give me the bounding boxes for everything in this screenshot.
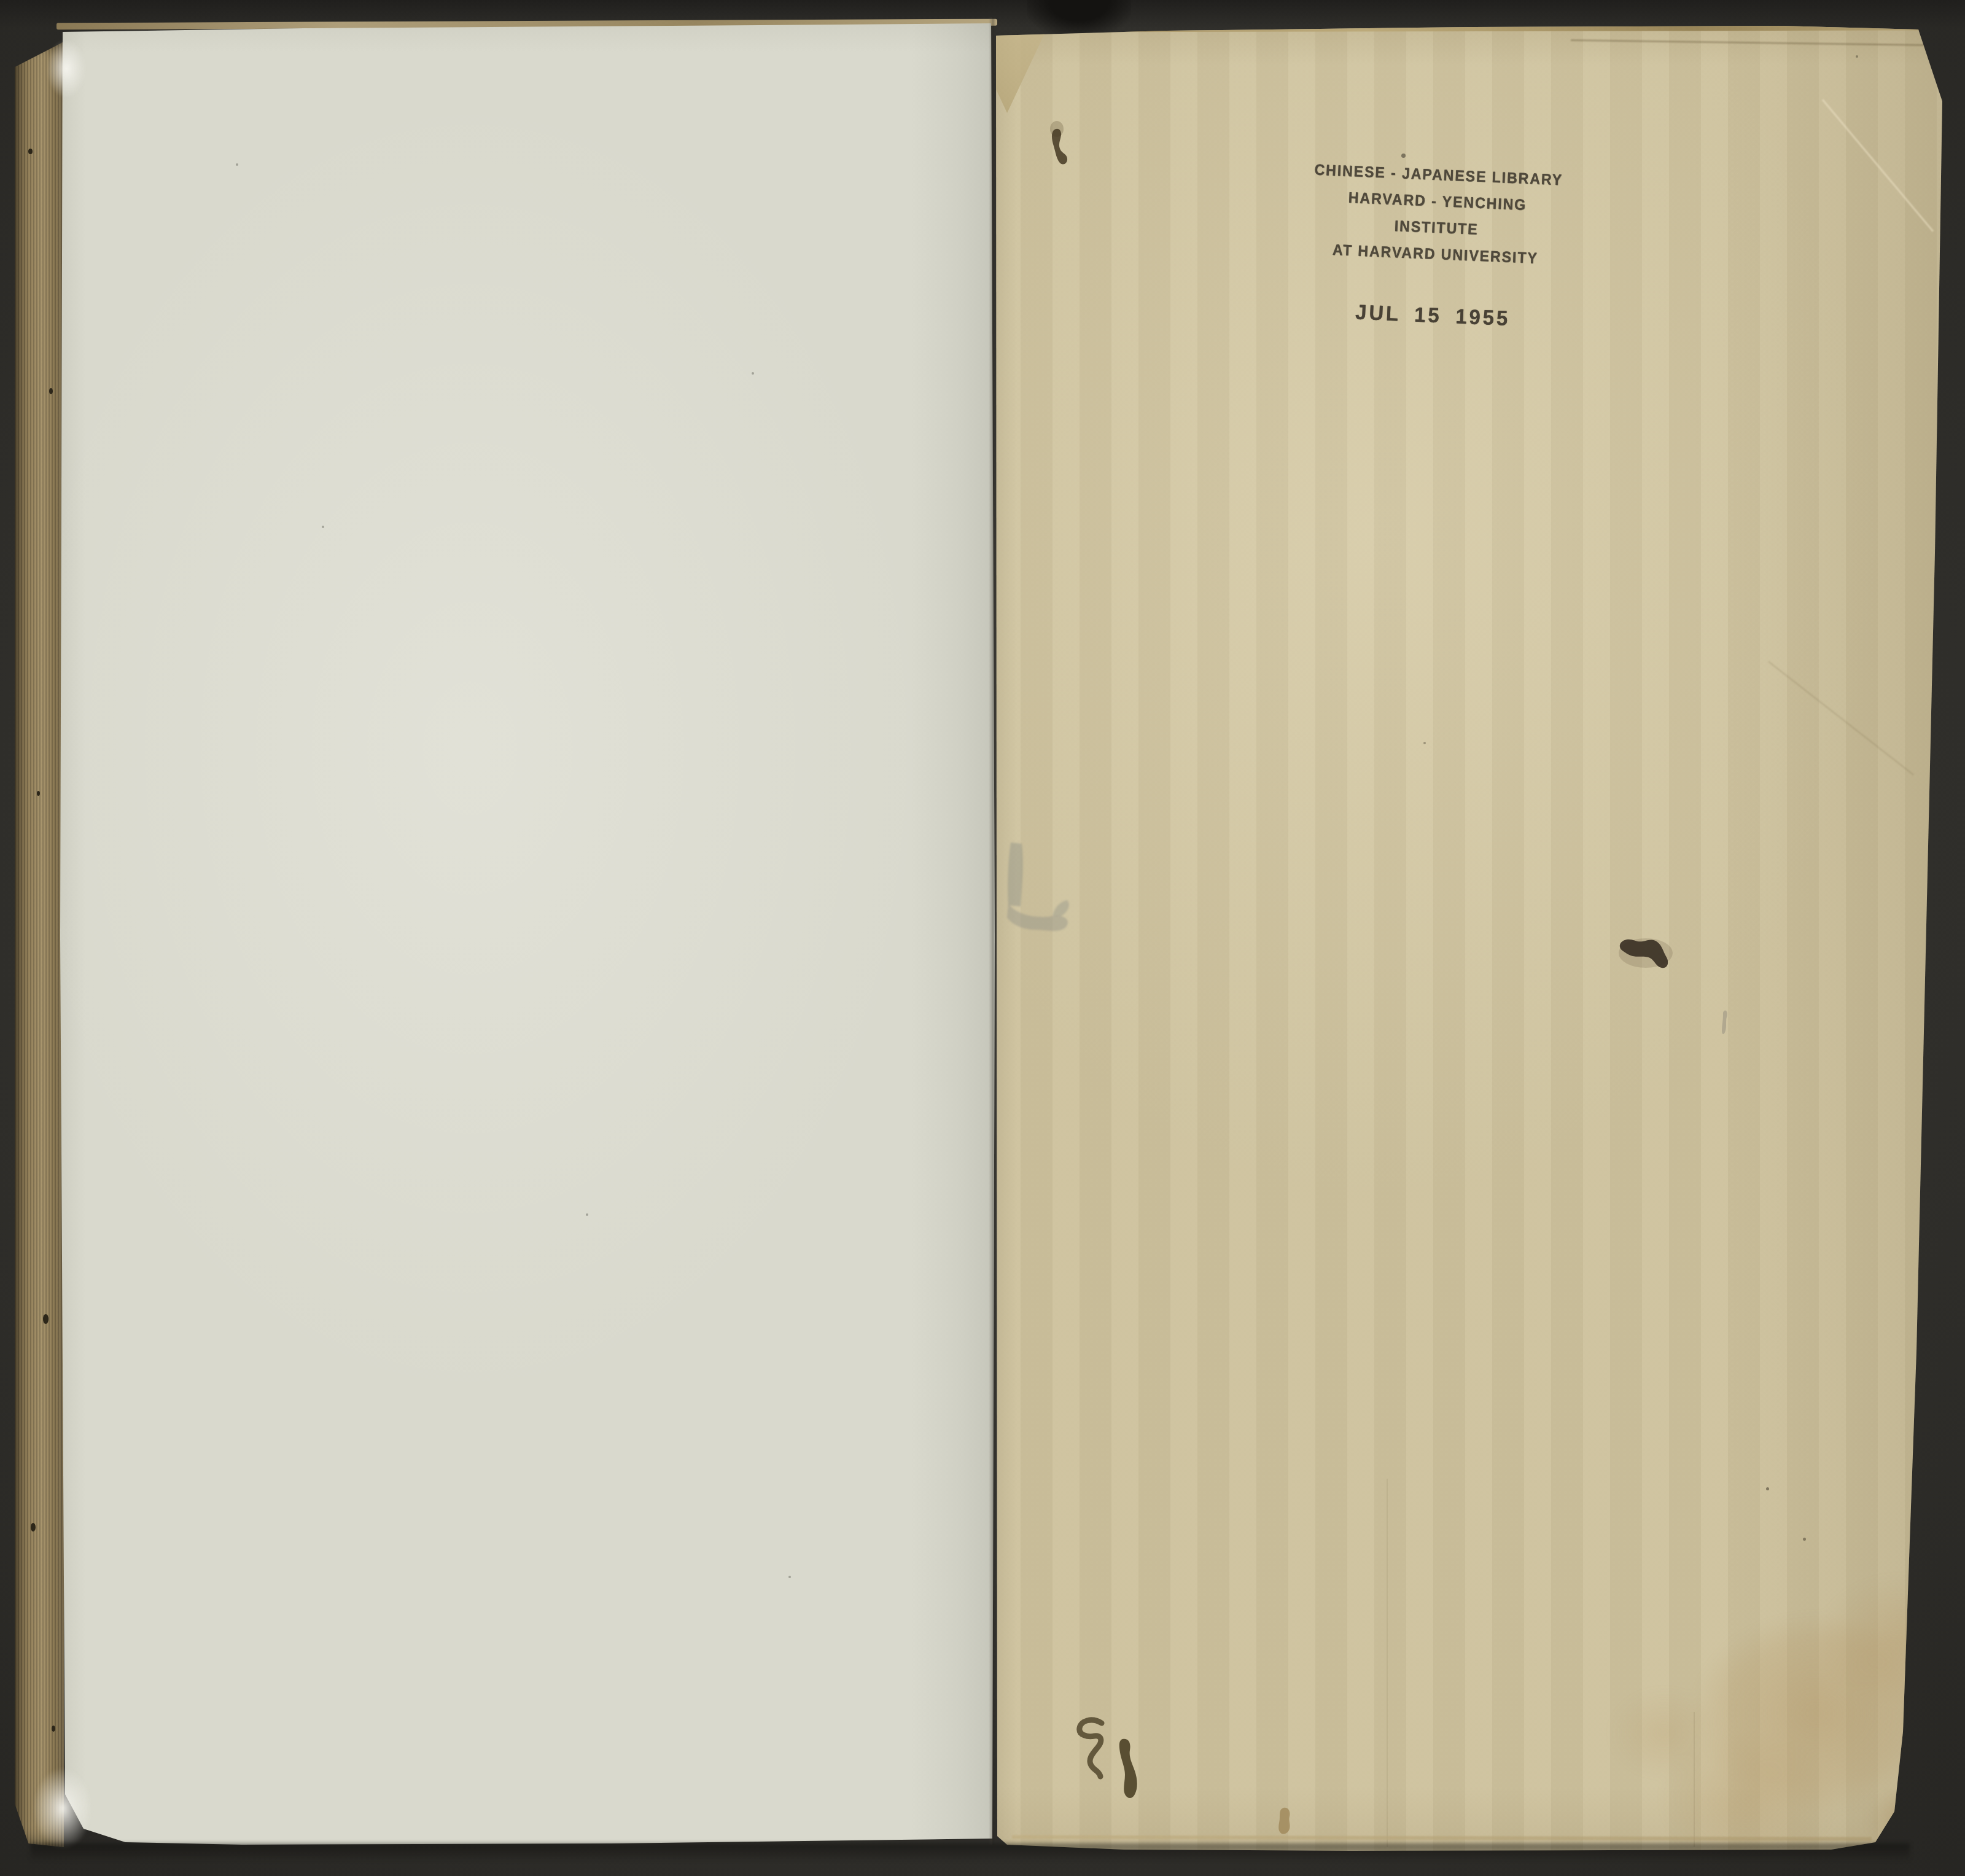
ink-blotch <box>1614 930 1678 976</box>
water-stain-bottom-right <box>1601 1529 1949 1858</box>
corner-wear-top-left <box>47 39 86 98</box>
corner-wear-bottom-left <box>33 1767 92 1850</box>
gray-smudge-mark <box>994 838 1086 951</box>
paper-crease-line <box>1387 1479 1388 1847</box>
corner-crease <box>1768 661 1914 776</box>
date-stamp: JUL 15 1955 <box>1301 298 1564 333</box>
left-page <box>12 12 998 1855</box>
page-edge-speck <box>37 791 40 796</box>
pinhole <box>1856 55 1858 58</box>
gutter-corner-fold <box>994 22 1050 113</box>
paper-speck <box>752 372 754 375</box>
library-stamp: CHINESE - JAPANESE LIBRARY HARVARD - YEN… <box>1298 157 1574 333</box>
corner-crease <box>1822 99 1934 232</box>
paper-speck <box>788 1576 791 1578</box>
page-edge-speck <box>31 1523 36 1532</box>
page-edge-speck <box>52 1726 55 1732</box>
small-stain-blob <box>1274 1805 1294 1837</box>
pinhole <box>1423 742 1426 744</box>
paper-speck <box>586 1213 588 1216</box>
ink-squiggle-curve <box>1067 1716 1119 1786</box>
right-page: CHINESE - JAPANESE LIBRARY HARVARD - YEN… <box>994 17 1951 1861</box>
page-edge-speck <box>43 1314 49 1324</box>
blank-endpaper <box>58 16 995 1847</box>
ink-mark-top <box>1041 119 1078 174</box>
paper-speck <box>322 526 324 528</box>
faint-speck <box>1718 1008 1732 1039</box>
page-edge-speck <box>28 149 33 154</box>
page-drop-shadow <box>31 1843 1910 1862</box>
page-edge-speck <box>49 388 53 394</box>
page-edge-stack <box>15 38 64 1847</box>
page-gutter-shadow <box>989 17 996 1845</box>
pinhole <box>1766 1487 1769 1490</box>
book-scan: CHINESE - JAPANESE LIBRARY HARVARD - YEN… <box>0 0 1965 1876</box>
ink-squiggle-stroke <box>1113 1734 1143 1805</box>
paper-speck <box>236 163 238 166</box>
top-crease <box>1571 39 1927 46</box>
ink-fleck <box>1401 154 1406 158</box>
